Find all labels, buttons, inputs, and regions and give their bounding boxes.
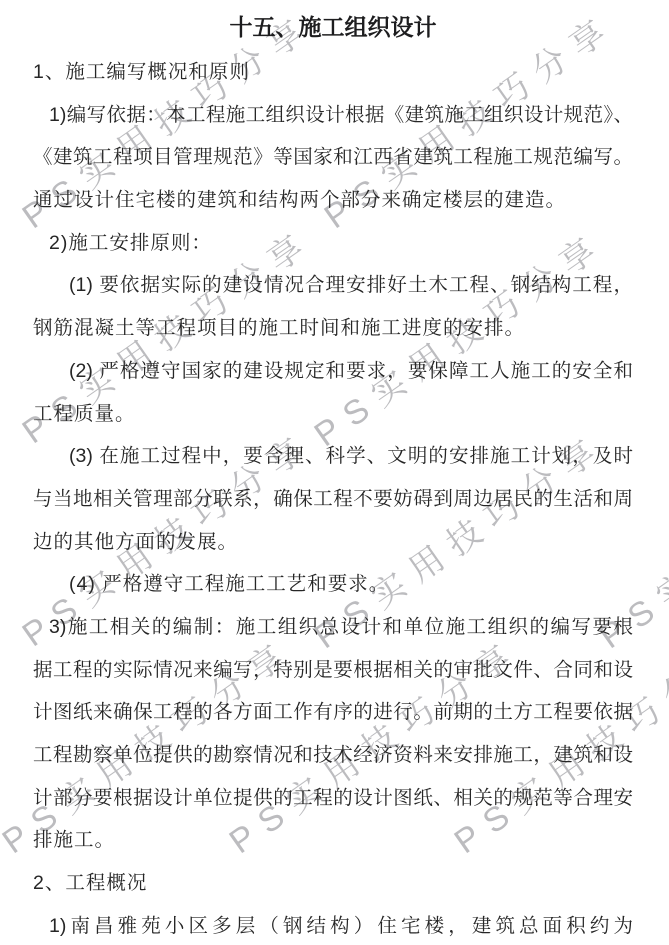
section-heading: 1、施工编写概况和原则 [33, 51, 633, 94]
text-line: 计部分要根据设计单位提供的工程的设计图纸、相关的规范等合理安 [33, 777, 633, 820]
text-line: 据工程的实际情况来编写，特别是要根据相关的审批文件、合同和设 [33, 649, 633, 692]
document-page: PS实用技巧分享 PS实用技巧分享 PS实用技巧分享 PS实用技巧分享 PS实用… [0, 0, 669, 945]
section-heading: 2、工程概况 [33, 862, 633, 905]
text-line: 边的其他方面的发展。 [33, 521, 633, 564]
doc-title: 十五、施工组织设计 [33, 7, 633, 51]
text-line: 与当地相关管理部分联系，确保工程不要妨碍到周边居民的生活和周 [33, 478, 633, 521]
text-line: 排施工。 [33, 819, 633, 862]
text-line: 工程质量。 [33, 393, 633, 436]
text-line: 2)施工安排原则： [33, 222, 633, 265]
text-line: 1)编写依据：本工程施工组织设计根据《建筑施工组织设计规范》、 [33, 94, 633, 137]
text-line: (1) 要依据实际的建设情况合理安排好土木工程、钢结构工程， [33, 264, 633, 307]
text-line: 计图纸来确保工程的各方面工作有序的进行。前期的土方工程要依据 [33, 691, 633, 734]
document-body: 十五、施工组织设计 1、施工编写概况和原则 1)编写依据：本工程施工组织设计根据… [0, 0, 669, 945]
text-line: 通过设计住宅楼的建筑和结构两个部分来确定楼层的建造。 [33, 179, 633, 222]
text-line: 3)施工相关的编制：施工组织总设计和单位施工组织的编写要根 [33, 606, 633, 649]
text-line: 工程勘察单位提供的勘察情况和技术经济资料来安排施工，建筑和设 [33, 734, 633, 777]
text-line: 《建筑工程项目管理规范》等国家和江西省建筑工程施工规范编写。 [33, 136, 633, 179]
text-line: (4) 严格遵守工程施工工艺和要求。 [33, 563, 633, 606]
text-line: 1)南昌雅苑小区多层（钢结构）住宅楼，建筑总面积约为 [33, 905, 633, 945]
text-line: (3) 在施工过程中，要合理、科学、文明的安排施工计划，及时 [33, 435, 633, 478]
text-line: 钢筋混凝土等工程项目的施工时间和施工进度的安排。 [33, 307, 633, 350]
text-line: (2) 严格遵守国家的建设规定和要求，要保障工人施工的安全和 [33, 350, 633, 393]
